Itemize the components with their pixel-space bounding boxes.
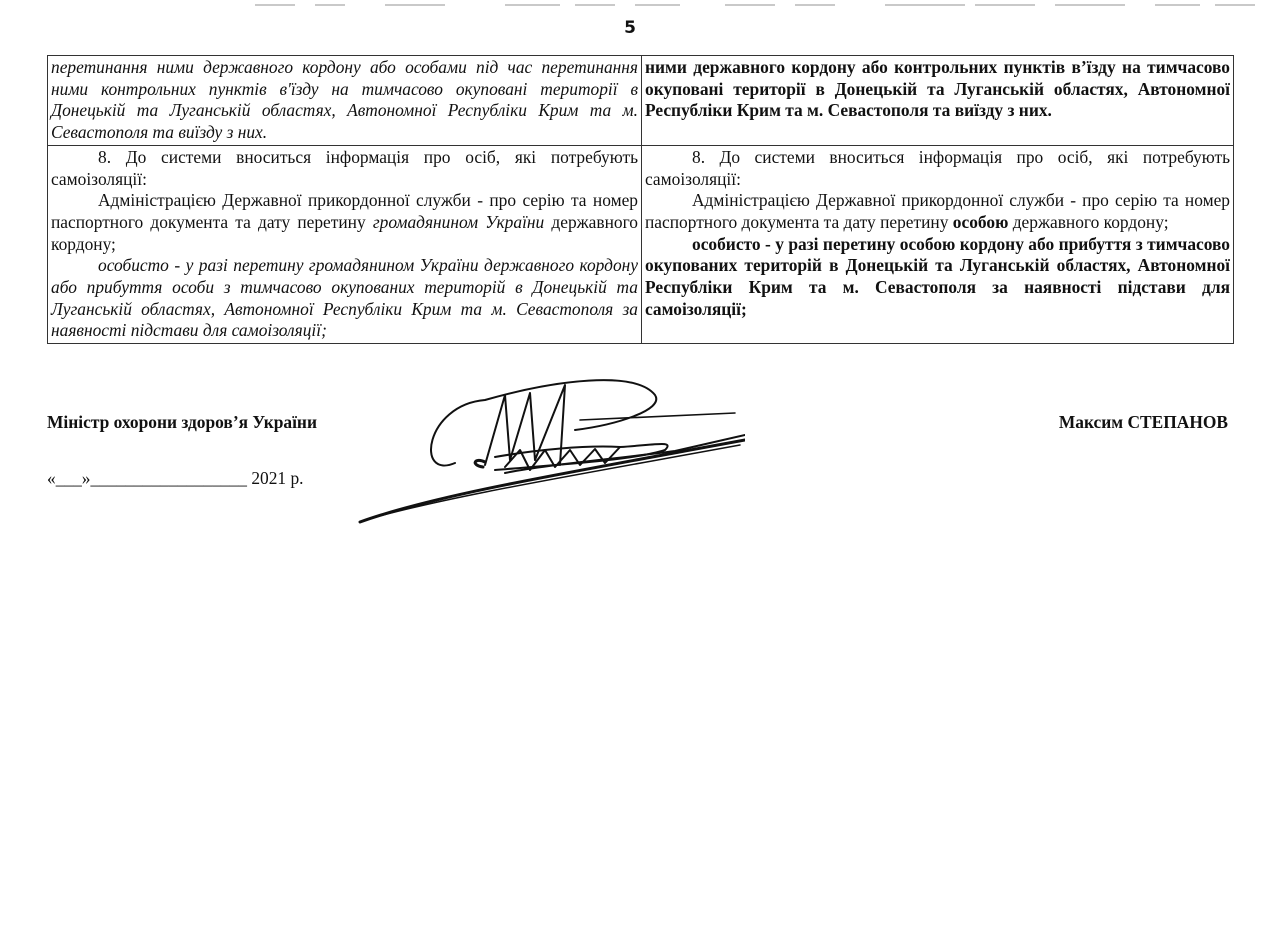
paragraph: особисто - у разі перетину громадянином … (51, 255, 638, 342)
text-span: державного кордону; (1008, 212, 1168, 232)
paragraph: особисто - у разі перетину особою кордон… (645, 234, 1230, 321)
page-number: 5 (620, 18, 640, 38)
table-row: 8. До системи вноситься інформація про о… (48, 145, 1234, 343)
text-span: 8. До системи вноситься інформація про о… (51, 147, 638, 189)
paragraph: ними державного кордону або контрольних … (645, 57, 1230, 122)
text-span: особисто - у разі перетину особою кордон… (645, 234, 1230, 319)
text-span: ними державного кордону або контрольних … (645, 57, 1230, 120)
cell-current-wording: перетинання ними державного кордону або … (48, 56, 642, 146)
signatory-name: Максим СТЕПАНОВ (1059, 412, 1228, 433)
position-title: Міністр охорони здоров’я України (47, 412, 317, 433)
cell-proposed-wording: 8. До системи вноситься інформація про о… (642, 145, 1234, 343)
cell-current-wording: 8. До системи вноситься інформація про о… (48, 145, 642, 343)
table-row: перетинання ними державного кордону або … (48, 56, 1234, 146)
paragraph: Адміністрацією Державної прикордонної сл… (645, 190, 1230, 233)
text-span: громадянином України (373, 212, 544, 232)
comparison-table: перетинання ними державного кордону або … (47, 55, 1234, 344)
text-span: особою (953, 212, 1009, 232)
paragraph: 8. До системи вноситься інформація про о… (51, 147, 638, 190)
text-span: 8. До системи вноситься інформація про о… (645, 147, 1230, 189)
paragraph: перетинання ними державного кордону або … (51, 57, 638, 144)
cell-proposed-wording: ними державного кордону або контрольних … (642, 56, 1234, 146)
paragraph: Адміністрацією Державної прикордонної сл… (51, 190, 638, 255)
signature-icon (355, 365, 745, 530)
text-span: перетинання ними державного кордону або … (51, 57, 638, 142)
text-span: особисто - у разі перетину громадянином … (51, 255, 638, 340)
scan-artifacts (255, 4, 1255, 8)
paragraph: 8. До системи вноситься інформація про о… (645, 147, 1230, 190)
date-line: «___»__________________ 2021 р. (47, 468, 304, 489)
